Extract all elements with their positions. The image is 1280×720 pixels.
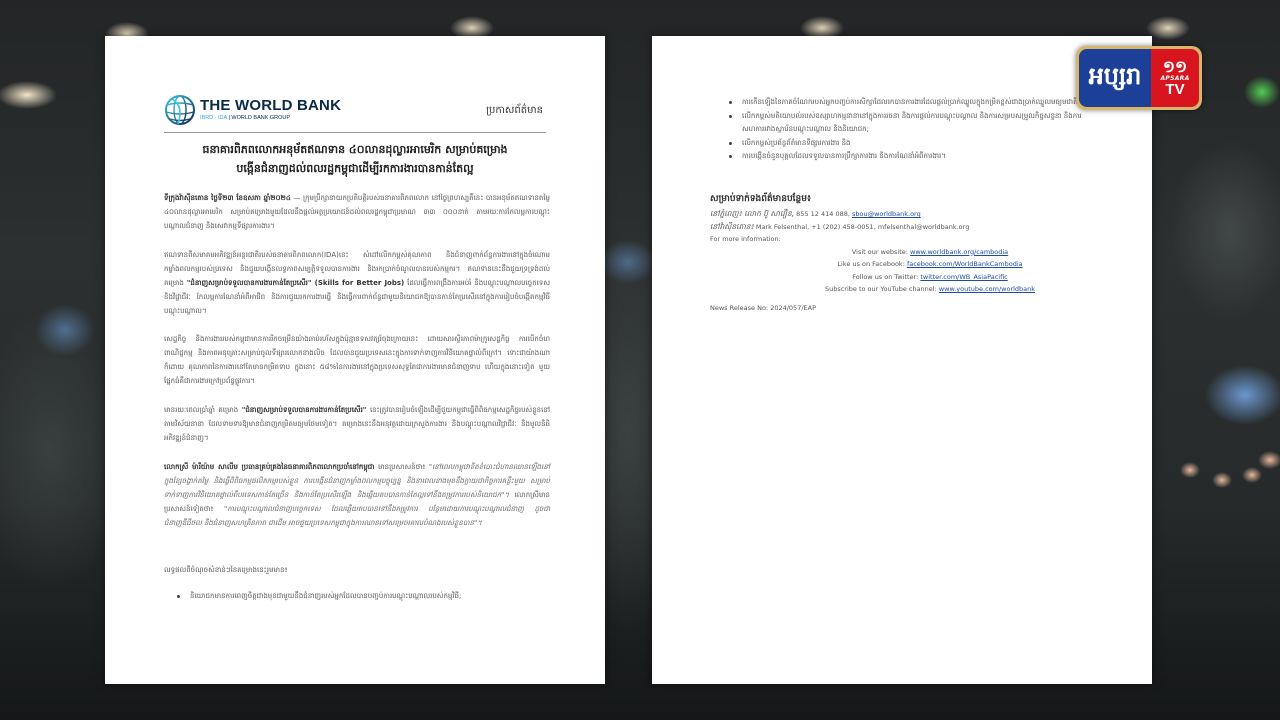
paragraph-4: មានរយៈពេលប្រាំឆ្នាំ គម្រោង "ជំនាញសម្រាប់… — [164, 403, 550, 445]
list-item: លើកកម្ពស់ប្រព័ន្ធព័ត៌មានទីផ្សារការងារ និ… — [729, 137, 1099, 151]
press-release-page-2: ការកើនឡើងនៃភាគចំណែករបស់អ្នកបញ្ចប់ការសិក្… — [652, 36, 1152, 684]
paragraph-1: ទីក្រុងវ៉ាស៊ីនតោន ថ្ងៃទី២៣ ខែឧសភា ឆ្នាំ២… — [164, 191, 550, 233]
social-links: Visit our website: www.worldbank.org/cam… — [710, 246, 1110, 296]
world-bank-logo: THE WORLD BANK IBRD · IDA | WORLD BANK G… — [164, 94, 341, 126]
channel-khmer-name: អប្សរា — [1079, 49, 1151, 107]
list-item: លើកកម្ពស់មតិយោបល់របស់ឧស្សាហកម្មនានានៅក្ន… — [729, 110, 1099, 137]
press-release-label: ប្រកាសព័ត៌មាន — [486, 103, 543, 118]
facebook-link[interactable]: facebook.com/WorldBankCambodia — [907, 260, 1023, 268]
paragraph-5-quote: លោកស្រី ម៉ារីយ៉ាម សាលីម ប្រធានគ្រប់គ្រងន… — [164, 460, 550, 530]
contact-washington: នៅវ៉ាស៊ីនតោន៖ Mark Felsenthal, +1 (202) … — [710, 221, 1110, 234]
bullet-icon — [729, 155, 732, 158]
news-release-number: News Release No: 2024/057/EAP — [710, 302, 1110, 315]
apsara-tv-channel-logo: អប្សរា ១១ APSARA TV — [1076, 46, 1202, 110]
twitter-link[interactable]: twitter.com/WB_AsiaPacific — [920, 273, 1007, 281]
contact-heading: សម្រាប់ទាក់ទងព័ត៌មានបន្ថែម៖ — [710, 193, 1110, 206]
header-divider — [164, 132, 546, 133]
facebook-line: Like us on Facebook: facebook.com/WorldB… — [750, 258, 1110, 271]
list-item: និយោជកមានការពេញចិត្តជាងមុនជាមួយនឹងជំនាញរ… — [177, 589, 547, 603]
logo-subtitle: IBRD · IDA | WORLD BANK GROUP — [200, 114, 341, 122]
paragraph-3: សេដ្ឋកិច្ច និងការងាររបស់កម្ពុជាមានការរីក… — [164, 332, 550, 388]
paragraph-2: ឥណទានពីសមាគមអភិវឌ្ឍន៍អន្តរជាតិរបស់ធនាគារ… — [164, 248, 550, 318]
website-line: Visit our website: www.worldbank.org/cam… — [750, 246, 1110, 259]
contact-phnom-penh: នៅភ្នំពេញ៖ លោក ប៊ូ សារឿន, 855 12 414 088… — [710, 208, 1110, 221]
list-item: ការបង្កើនចំនួនបុគ្គលដែលទទួលបានការប្រឹក្ស… — [729, 150, 1099, 164]
twitter-line: Follow us on Twitter: twitter.com/WB_Asi… — [750, 271, 1110, 284]
press-release-page-1: THE WORLD BANK IBRD · IDA | WORLD BANK G… — [105, 36, 605, 684]
email-link-sbou[interactable]: sbou@worldbank.org — [852, 210, 921, 218]
channel-number-block: ១១ APSARA TV — [1151, 49, 1199, 107]
globe-icon — [164, 94, 196, 126]
results-list: ការកើនឡើងនៃភាគចំណែករបស់អ្នកបញ្ចប់ការសិក្… — [729, 96, 1099, 164]
headline: ធនាគារពិភពលោកអនុម័តឥណទាន ៤០លានដុល្លារអាម… — [157, 140, 553, 178]
results-intro: លទ្ធផលពីចំណុចសំខាន់ៗនៃគម្រោងនេះរួមមាន៖ — [164, 563, 550, 577]
youtube-link[interactable]: www.youtube.com/worldbank — [939, 285, 1035, 293]
bullet-icon — [729, 115, 732, 118]
more-info-label: For more information: — [710, 233, 1110, 246]
document-header: THE WORLD BANK IBRD · IDA | WORLD BANK G… — [164, 94, 546, 130]
youtube-line: Subscribe to our YouTube channel: www.yo… — [750, 283, 1110, 296]
bullet-icon — [729, 142, 732, 145]
channel-number: ១១ — [1163, 59, 1187, 75]
tv-icon: TV — [1165, 82, 1184, 97]
bullet-icon — [177, 595, 180, 598]
logo-title: THE WORLD BANK — [200, 98, 341, 114]
list-item: ការកើនឡើងនៃភាគចំណែករបស់អ្នកបញ្ចប់ការសិក្… — [729, 96, 1099, 110]
website-link[interactable]: www.worldbank.org/cambodia — [910, 248, 1008, 256]
bullet-icon — [729, 101, 732, 104]
contact-section: សម្រាប់ទាក់ទងព័ត៌មានបន្ថែម៖ នៅភ្នំពេញ៖ ល… — [710, 193, 1110, 314]
